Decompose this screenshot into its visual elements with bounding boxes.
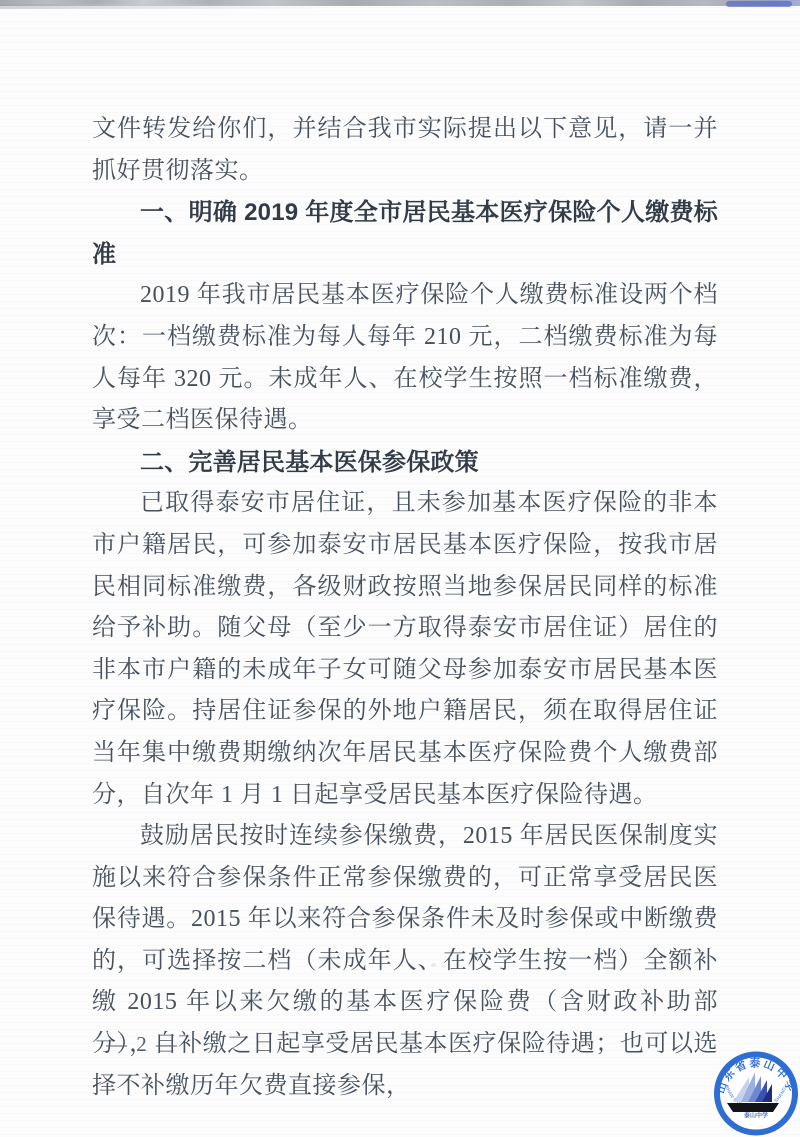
- section-heading-2: 二、完善居民基本医保参保政策: [92, 442, 718, 484]
- stamp-center-text: 泰山中学: [744, 1112, 768, 1120]
- paragraph-continuation: 文件转发给你们，并结合我市实际提出以下意见，请一并抓好贯彻落实。: [92, 109, 718, 192]
- paragraph-residence-permit: 已取得泰安市居住证，且未参加基本医疗保险的非本市户籍居民，可参加泰安市居民基本医…: [92, 483, 718, 816]
- section-heading-1: 一、明确 2019 年度全市居民基本医疗保险个人缴费标准: [92, 192, 718, 275]
- paragraph-fee-standard: 2019 年我市居民基本医疗保险个人缴费标准设两个档次：一档缴费标准为每人每年 …: [92, 275, 718, 441]
- page-number: — 2 —: [106, 1032, 179, 1057]
- school-stamp: 山东省泰山中学 TAI SHAN MIDDLE SCHOOL, SHANDONG…: [712, 1050, 800, 1137]
- scanner-blue-streak: [726, 1, 792, 7]
- document-body: 文件转发给你们，并结合我市实际提出以下意见，请一并抓好贯彻落实。 一、明确 20…: [92, 109, 718, 1107]
- stamp-hull: [727, 1103, 779, 1112]
- paragraph-continuous-enrollment: 鼓励居民按时连续参保缴费，2015 年居民医保制度实施以来符合参保条件正常参保缴…: [92, 816, 718, 1107]
- scanner-smudge-left: [0, 4, 320, 9]
- scanned-document-page: 文件转发给你们，并结合我市实际提出以下意见，请一并抓好贯彻落实。 一、明确 20…: [0, 0, 800, 1137]
